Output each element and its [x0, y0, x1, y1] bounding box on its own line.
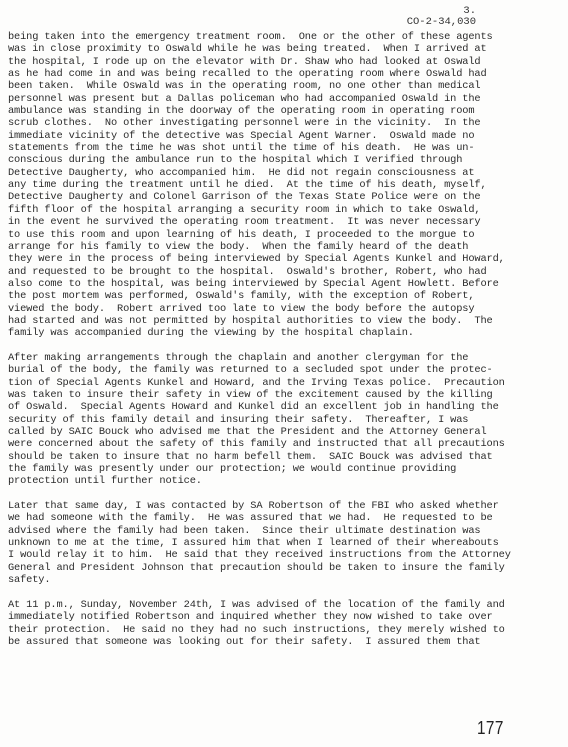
- text-line: viewed the body. Robert arrived too late…: [8, 303, 560, 315]
- document-body: being taken into the emergency treatment…: [8, 31, 560, 661]
- text-line: General and President Johnson that preca…: [8, 562, 560, 574]
- text-line: ambulance was standing in the doorway of…: [8, 105, 560, 117]
- text-line: of Oswald. Special Agents Howard and Kun…: [8, 401, 560, 413]
- paragraph: Later that same day, I was contacted by …: [8, 500, 560, 586]
- text-line: fifth floor of the hospital arranging a …: [8, 204, 560, 216]
- text-line: been taken. While Oswald was in the oper…: [8, 80, 560, 92]
- text-line: Detective Daugherty and Colonel Garrison…: [8, 191, 560, 203]
- text-line: At 11 p.m., Sunday, November 24th, I was…: [8, 599, 560, 611]
- text-line: as he had come in and was being recalled…: [8, 68, 560, 80]
- text-line: tion of Special Agents Kunkel and Howard…: [8, 377, 560, 389]
- text-line: unknown to me at the time, I assured him…: [8, 537, 560, 549]
- text-line: and requested to be brought to the hospi…: [8, 266, 560, 278]
- text-line: arrange for his family to view the body.…: [8, 241, 560, 253]
- text-line: protection until further notice.: [8, 475, 560, 487]
- text-line: family was accompanied during the viewin…: [8, 327, 560, 339]
- text-line: advised where the family had been taken.…: [8, 525, 560, 537]
- text-line: burial of the body, the family was retur…: [8, 364, 560, 376]
- text-line: After making arrangements through the ch…: [8, 352, 560, 364]
- text-line: personnel was present but a Dallas polic…: [8, 93, 560, 105]
- text-line: I would relay it to him. He said that th…: [8, 549, 560, 561]
- text-line: the post mortem was performed, Oswald's …: [8, 290, 560, 302]
- text-line: to use this room and upon learning of hi…: [8, 229, 560, 241]
- text-line: they were in the process of being interv…: [8, 253, 560, 265]
- text-line: called by SAIC Bouck who advised me that…: [8, 426, 560, 438]
- text-line: the family was presently under our prote…: [8, 463, 560, 475]
- text-line: immediately notified Robertson and inqui…: [8, 611, 560, 623]
- text-line: had started and was not permitted by hos…: [8, 315, 560, 327]
- text-line: Later that same day, I was contacted by …: [8, 500, 560, 512]
- text-line: in the event he survived the operating r…: [8, 216, 560, 228]
- text-line: safety.: [8, 574, 560, 586]
- text-line: also come to the hospital, was being int…: [8, 278, 560, 290]
- text-line: we had someone with the family. He was a…: [8, 512, 560, 524]
- text-line: be assured that someone was looking out …: [8, 636, 560, 648]
- text-line: statements from the time he was shot unt…: [8, 142, 560, 154]
- text-line: was taken to insure their safety in view…: [8, 389, 560, 401]
- text-line: immediate vicinity of the detective was …: [8, 130, 560, 142]
- stamped-page-number: 177: [477, 718, 504, 739]
- text-line: any time during the treatment until he d…: [8, 179, 560, 191]
- text-line: were concerned about the safety of this …: [8, 438, 560, 450]
- file-number: CO-2-34,030: [407, 17, 476, 28]
- text-line: scrub clothes. No other investigating pe…: [8, 117, 560, 129]
- text-line: security of this family detail and insur…: [8, 414, 560, 426]
- text-line: being taken into the emergency treatment…: [8, 31, 560, 43]
- text-line: conscious during the ambulance run to th…: [8, 154, 560, 166]
- text-line: Detective Daugherty, who accompanied him…: [8, 167, 560, 179]
- document-header: 3. CO-2-34,030: [407, 6, 476, 28]
- text-line: should be taken to insure that no harm b…: [8, 451, 560, 463]
- paragraph: After making arrangements through the ch…: [8, 352, 560, 488]
- text-line: was in close proximity to Oswald while h…: [8, 43, 560, 55]
- text-line: the hospital, I rode up on the elevator …: [8, 56, 560, 68]
- paragraph: At 11 p.m., Sunday, November 24th, I was…: [8, 599, 560, 648]
- paragraph: being taken into the emergency treatment…: [8, 31, 560, 340]
- document-page: 3. CO-2-34,030 being taken into the emer…: [0, 0, 568, 747]
- text-line: their protection. He said no they had no…: [8, 624, 560, 636]
